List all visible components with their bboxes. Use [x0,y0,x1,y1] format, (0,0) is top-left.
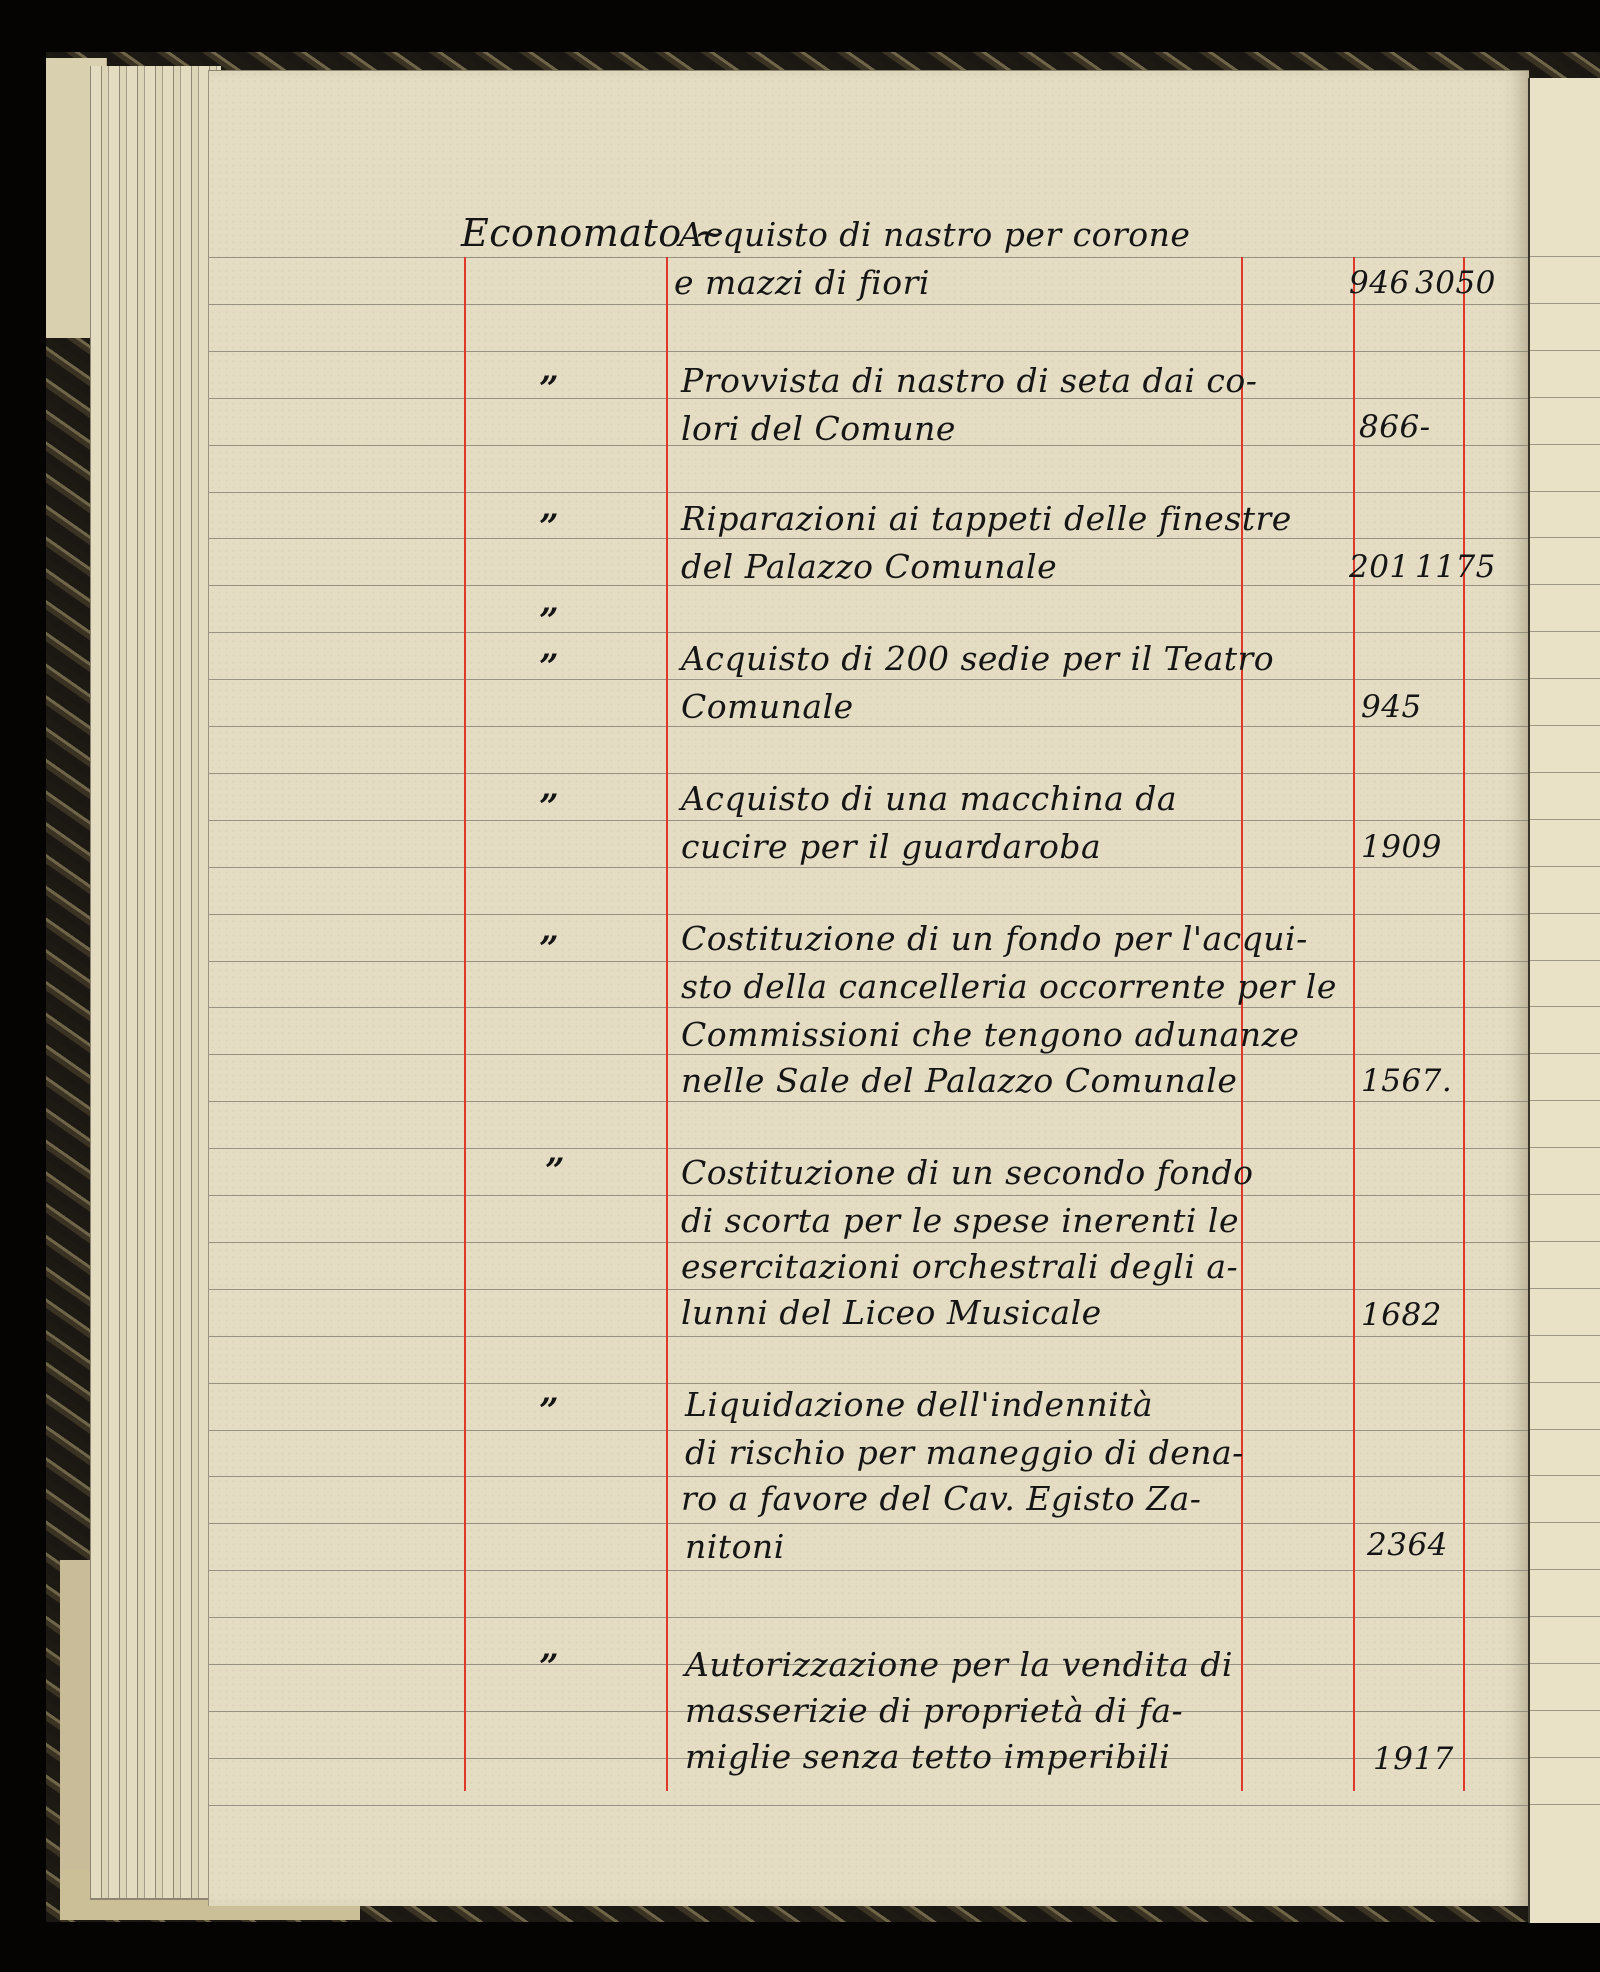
ruled-line [209,820,1529,821]
ruled-line [209,679,1529,680]
ruled-line [209,1336,1529,1337]
ruled-line [209,1617,1529,1618]
facing-ruled-line [1530,1569,1600,1570]
entry-7-line-1: Costituzione di un fondo per l'acqui- [681,919,1308,958]
entry-9-line-1: Liquidazione dell'indennità [685,1385,1153,1424]
entry-7-ditto-mark: ” [539,929,559,969]
entry-10-number: 1917 [1373,1741,1454,1777]
entry-10-line-2: masserizie di proprietà di fa- [685,1691,1183,1730]
entry-3-line-2: del Palazzo Comunale [681,547,1057,586]
amount-column-rule-left [1353,257,1355,1791]
ruled-line [209,1289,1529,1290]
ruled-line [209,257,1529,258]
facing-ruled-line [1530,491,1600,492]
facing-ruled-line [1530,1335,1600,1336]
entry-3-ditto-mark: ” [539,507,559,547]
ruled-line [209,1805,1529,1806]
ruled-line [209,1101,1529,1102]
facing-ruled-line [1530,1194,1600,1195]
facing-ruled-line [1530,1710,1600,1711]
entry-7-number: 1567. [1361,1063,1452,1099]
entry-5-ditto-mark: ” [539,647,559,687]
ruled-line [209,1148,1529,1149]
entry-6-line-1: Acquisto di una macchina da [681,779,1177,818]
facing-ruled-line [1530,537,1600,538]
ruled-line [209,914,1529,915]
facing-ruled-line [1530,1241,1600,1242]
ruled-line [209,726,1529,727]
facing-ruled-line [1530,1053,1600,1054]
entry-5-number: 945 [1361,689,1422,725]
facing-ruled-line [1530,1100,1600,1101]
entry-7-line-4: nelle Sale del Palazzo Comunale [681,1061,1237,1100]
entry-8-line-4: lunni del Liceo Musicale [681,1293,1102,1332]
entry-3-amount: 1175 [1415,549,1496,585]
ruled-line [209,773,1529,774]
entry-4-ditto-mark: ” [539,601,559,641]
entry-3-line-1: Riparazioni ai tappeti delle finestre [681,499,1292,538]
ruled-line [209,1476,1529,1477]
ruled-line [209,1242,1529,1243]
entry-2-ditto-mark: ” [539,369,559,409]
ruled-line [209,492,1529,493]
ruled-line [209,1523,1529,1524]
facing-ruled-line [1530,1663,1600,1664]
margin-rule-left [464,257,466,1791]
entry-10-line-3: miglie senza tetto imperibili [685,1737,1170,1776]
facing-ruled-line [1530,866,1600,867]
entry-1-amount: 3050 [1415,265,1496,301]
ruled-line [209,867,1529,868]
entry-1-line-2: e mazzi di fiori [674,263,930,302]
entry-8-line-1: Costituzione di un secondo fondo [681,1153,1254,1192]
facing-ruled-line [1530,1147,1600,1148]
facing-ruled-line [1530,584,1600,585]
ruled-line [209,304,1529,305]
facing-ruled-line [1530,1522,1600,1523]
ruled-line [209,1054,1529,1055]
ruled-line [209,1570,1529,1571]
ruled-line [209,632,1529,633]
ruled-line [209,1007,1529,1008]
entry-8-line-2: di scorta per le spese inerenti le [681,1201,1239,1240]
entry-2-line-2: lori del Comune [681,409,956,448]
facing-ruled-line [1530,1429,1600,1430]
ruled-line [209,351,1529,352]
facing-ruled-line [1530,1006,1600,1007]
amount-column-rule-right [1463,257,1465,1791]
entry-9-line-3: ro a favore del Cav. Egisto Za- [681,1479,1201,1518]
entry-8-number: 1682 [1361,1297,1442,1333]
facing-page-edge [1528,78,1600,1923]
facing-ruled-line [1530,1804,1600,1805]
facing-ruled-line [1530,913,1600,914]
facing-ruled-line [1530,444,1600,445]
facing-ruled-line [1530,256,1600,257]
facing-ruled-line [1530,1757,1600,1758]
entry-2-number: 866- [1359,409,1431,445]
entry-9-line-4: nitoni [685,1527,785,1566]
entry-9-ditto-mark: ” [539,1391,559,1431]
facing-ruled-line [1530,1616,1600,1617]
facing-ruled-line [1530,1288,1600,1289]
facing-ruled-line [1530,1475,1600,1476]
facing-ruled-line [1530,678,1600,679]
ruled-line [209,538,1529,539]
entry-7-line-3: Commissioni che tengono adunanze [681,1015,1299,1054]
entry-8-line-3: esercitazioni orchestrali degli a- [681,1247,1238,1286]
entry-6-line-2: cucire per il guardaroba [681,827,1101,866]
facing-ruled-line [1530,772,1600,773]
facing-ruled-line [1530,960,1600,961]
entry-8-ditto-mark: ” [545,1151,565,1191]
facing-ruled-line [1530,397,1600,398]
entry-10-ditto-mark: ” [539,1647,559,1687]
entry-10-line-1: Autorizzazione per la vendita di [685,1645,1233,1684]
description-column-rule [666,257,668,1791]
entry-6-number: 1909 [1361,829,1442,865]
ruled-line [209,961,1529,962]
facing-ruled-line [1530,819,1600,820]
ruled-line [209,1430,1529,1431]
facing-ruled-line [1530,631,1600,632]
entry-5-line-1: Acquisto di 200 sedie per il Teatro [681,639,1274,678]
entry-2-line-1: Provvista di nastro di seta dai co- [681,361,1257,400]
page-stack-edges [90,66,221,1900]
entry-1-line-1: Acquisto di nastro per corone [679,215,1190,254]
facing-ruled-line [1530,1382,1600,1383]
facing-ruled-line [1530,303,1600,304]
entry-9-number: 2364 [1367,1527,1448,1563]
entry-5-line-2: Comunale [681,687,854,726]
ruled-line [209,1383,1529,1384]
facing-ruled-line [1530,350,1600,351]
entry-1-number: 946 [1349,265,1410,301]
entry-9-line-2: di rischio per maneggio di dena- [685,1433,1244,1472]
facing-ruled-line [1530,725,1600,726]
ruled-line [209,1195,1529,1196]
ledger-page: Economato ~ Acquisto di nastro per coron… [208,70,1529,1906]
entry-7-line-2: sto della cancelleria occorrente per le [681,967,1337,1006]
entry-6-ditto-mark: ” [539,787,559,827]
entry-3-number: 201 [1349,549,1410,585]
